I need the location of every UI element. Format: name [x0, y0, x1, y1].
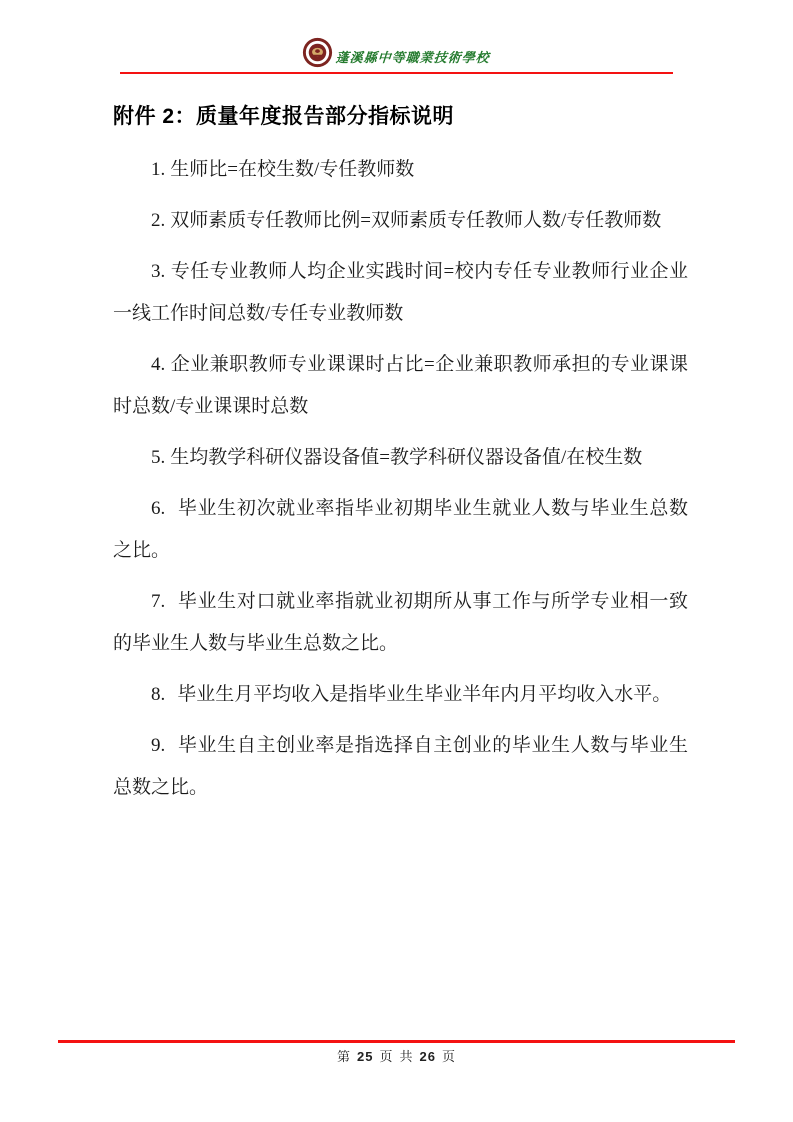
page-title: 附件 2：质量年度报告部分指标说明 [113, 100, 454, 130]
item-number: 8. [151, 684, 165, 705]
indicator-item: 5.生均教学科研仪器设备值=教学科研仪器设备值/在校生数 [113, 437, 688, 479]
item-number: 1. [151, 159, 165, 180]
item-number: 5. [151, 447, 165, 468]
indicator-list: 1.生师比=在校生数/专任教师数 2.双师素质专任教师比例=双师素质专任教师人数… [113, 149, 688, 818]
school-seal-icon [302, 37, 333, 68]
item-text: 生均教学科研仪器设备值=教学科研仪器设备值/在校生数 [170, 447, 642, 468]
page-number-label: 第 [337, 1049, 351, 1064]
indicator-item: 8.毕业生月平均收入是指毕业生毕业半年内月平均收入水平。 [113, 674, 688, 716]
item-text: 毕业生自主创业率是指选择自主创业的毕业生人数与毕业生总数之比。 [113, 735, 688, 798]
footer-divider [58, 1040, 735, 1043]
item-text: 毕业生对口就业率指就业初期所从事工作与所学专业相一致的毕业生人数与毕业生总数之比… [113, 591, 688, 654]
page-header: 蓬溪縣中等職業技術學校 [0, 37, 793, 68]
item-number: 4. [151, 354, 165, 375]
school-name: 蓬溪縣中等職業技術學校 [336, 39, 492, 66]
page-number-label: 共 [400, 1049, 414, 1064]
item-text: 毕业生月平均收入是指毕业生毕业半年内月平均收入水平。 [177, 684, 671, 705]
document-page: 蓬溪縣中等職業技術學校 附件 2：质量年度报告部分指标说明 1.生师比=在校生数… [0, 0, 793, 1122]
current-page: 25 [357, 1049, 373, 1064]
page-number-label: 页 [379, 1049, 393, 1064]
indicator-item: 1.生师比=在校生数/专任教师数 [113, 149, 688, 191]
indicator-item: 9.毕业生自主创业率是指选择自主创业的毕业生人数与毕业生总数之比。 [113, 725, 688, 809]
indicator-item: 7.毕业生对口就业率指就业初期所从事工作与所学专业相一致的毕业生人数与毕业生总数… [113, 581, 688, 665]
item-number: 9. [151, 735, 165, 756]
indicator-item: 6.毕业生初次就业率指毕业初期毕业生就业人数与毕业生总数之比。 [113, 488, 688, 572]
item-number: 3. [151, 261, 165, 282]
item-text: 企业兼职教师专业课课时占比=企业兼职教师承担的专业课课时总数/专业课课时总数 [113, 354, 688, 417]
item-text: 专任专业教师人均企业实践时间=校内专任专业教师行业企业一线工作时间总数/专任专业… [113, 261, 688, 324]
item-text: 毕业生初次就业率指毕业初期毕业生就业人数与毕业生总数之比。 [113, 498, 688, 561]
total-pages: 26 [420, 1049, 436, 1064]
indicator-item: 2.双师素质专任教师比例=双师素质专任教师人数/专任教师数 [113, 200, 688, 242]
indicator-item: 3.专任专业教师人均企业实践时间=校内专任专业教师行业企业一线工作时间总数/专任… [113, 251, 688, 335]
item-text: 双师素质专任教师比例=双师素质专任教师人数/专任教师数 [170, 210, 661, 231]
item-number: 2. [151, 210, 165, 231]
indicator-item: 4.企业兼职教师专业课课时占比=企业兼职教师承担的专业课课时总数/专业课课时总数 [113, 344, 688, 428]
item-number: 7. [151, 591, 165, 612]
page-number: 第25页共26页 [0, 1046, 793, 1065]
item-number: 6. [151, 498, 165, 519]
item-text: 生师比=在校生数/专任教师数 [170, 159, 414, 180]
page-number-label: 页 [442, 1049, 456, 1064]
header-divider [120, 72, 673, 74]
